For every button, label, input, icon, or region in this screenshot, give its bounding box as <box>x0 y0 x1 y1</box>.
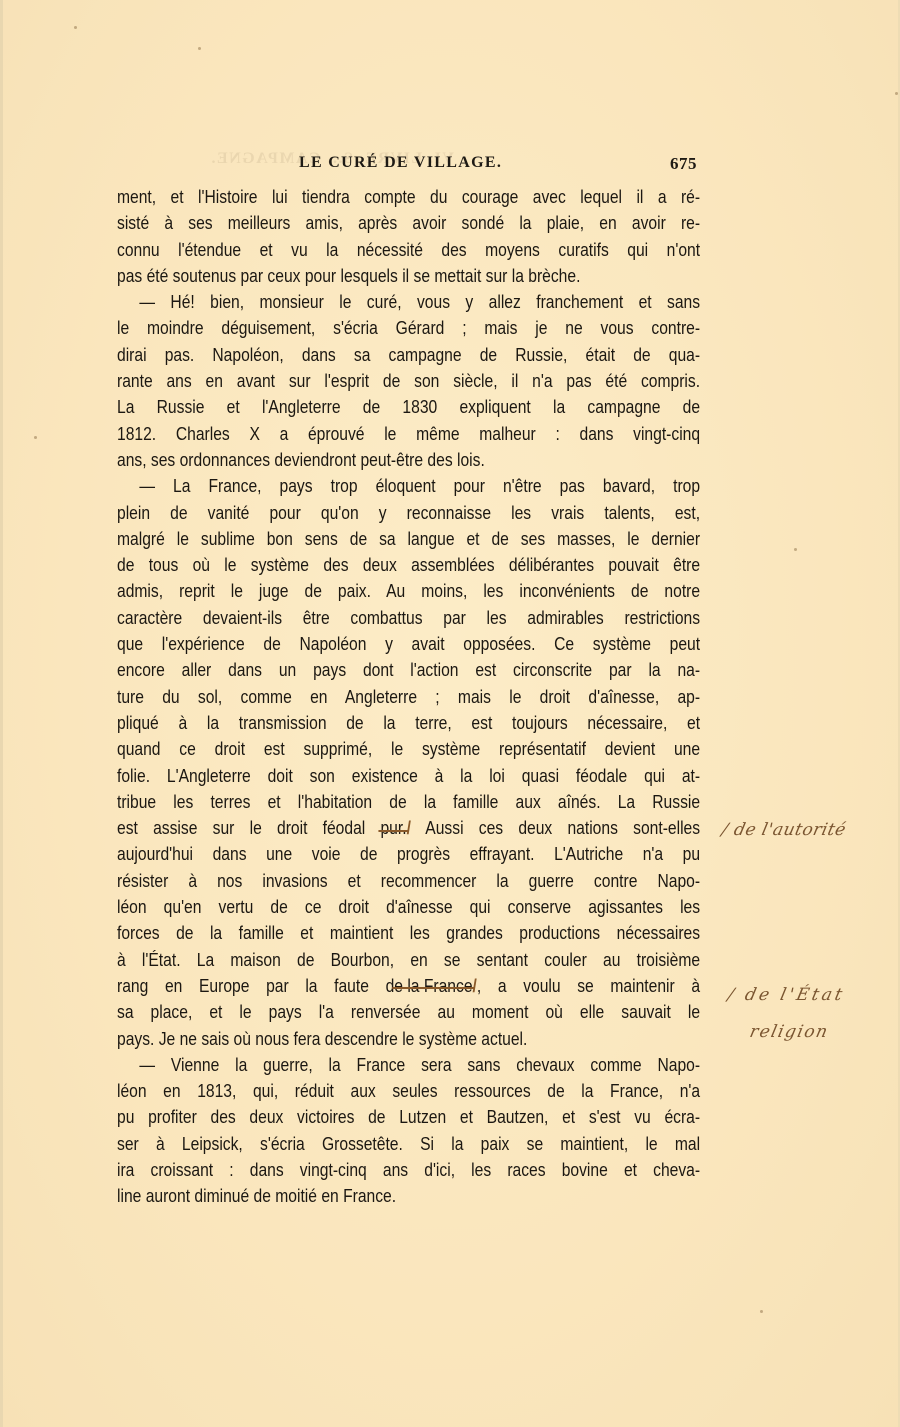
paper-speck <box>34 436 37 439</box>
page-edge-left <box>0 0 3 1427</box>
running-head: LE CURÉ DE VILLAGE. 675 <box>117 154 700 176</box>
paper-speck <box>74 26 77 29</box>
text-line: forces de la famille et maintient les gr… <box>117 920 700 946</box>
text-line: aujourd'hui dans une voie de progrès eff… <box>117 841 700 867</box>
text-line: ans, ses ordonnances deviendront peut-êt… <box>117 447 700 473</box>
body-text: ment, et l'Histoire lui tiendra compte d… <box>117 184 700 1210</box>
struck-text: pur. <box>380 815 406 841</box>
text-line: pays. Je ne sais où nous fera descendre … <box>117 1026 700 1052</box>
text-line: — Vienne la guerre, la France sera sans … <box>117 1052 700 1078</box>
text-line: léon qu'en vertu de ce droit d'aînesse q… <box>117 894 700 920</box>
text-line: dirai pas. Napoléon, dans sa campagne de… <box>117 342 700 368</box>
margin-annotation: / de l'autorité <box>720 820 848 840</box>
text-line: connu l'étendue et vu la nécessité des m… <box>117 237 700 263</box>
paper-speck <box>198 47 201 50</box>
text-line: rante ans en avant sur l'esprit de son s… <box>117 368 700 394</box>
text-line: de tous où le système des deux assemblée… <box>117 552 700 578</box>
text-span: rang en Europe par la faute d <box>117 976 394 996</box>
text-line: sisté à ses meilleurs amis, après avoir … <box>117 210 700 236</box>
text-line: ment, et l'Histoire lui tiendra compte d… <box>117 184 700 210</box>
text-line: tribue les terres et l'habitation de la … <box>117 789 700 815</box>
text-line: pas été soutenus par ceux pour lesquels … <box>117 263 700 289</box>
text-line-with-correction: rang en Europe par la faute de la France… <box>117 973 700 999</box>
text-line: malgré le sublime bon sens de sa langue … <box>117 526 700 552</box>
text-line: caractère devaient-ils être combattus pa… <box>117 605 700 631</box>
text-line: le moindre déguisement, s'écria Gérard ;… <box>117 315 700 341</box>
margin-annotation: / de l'État <box>726 985 847 1005</box>
text-line: folie. L'Angleterre doit son existence à… <box>117 763 700 789</box>
text-line: — Hé! bien, monsieur le curé, vous y all… <box>117 289 700 315</box>
text-line: plein de vanité pour qu'on y reconnaisse… <box>117 500 700 526</box>
text-line: résister à nos invasions et recommencer … <box>117 868 700 894</box>
page-number: 675 <box>670 154 697 174</box>
text-line: pliqué à la transmission de la terre, es… <box>117 710 700 736</box>
text-line: à l'État. La maison de Bourbon, en se se… <box>117 947 700 973</box>
paper-speck <box>760 1310 763 1313</box>
paper-speck <box>895 92 898 95</box>
text-line: ira croissant : dans vingt-cinq ans d'ic… <box>117 1157 700 1183</box>
text-line-with-correction: est assise sur le droit féodal pur./ Aus… <box>117 815 700 841</box>
text-line: encore aller dans un pays dont l'action … <box>117 657 700 683</box>
text-line: line auront diminué de moitié en France. <box>117 1183 700 1209</box>
struck-text: e la France <box>394 973 472 999</box>
text-line: ture du sol, comme en Angleterre ; mais … <box>117 684 700 710</box>
text-span: Aussi ces deux nations sont-elles <box>411 818 700 838</box>
text-span: , a voulu se maintenir à <box>477 976 700 996</box>
margin-annotation: religion <box>748 1022 831 1042</box>
text-line: 1812. Charles X a éprouvé le même malheu… <box>117 421 700 447</box>
text-line: sa place, et le pays l'a renversée au mo… <box>117 999 700 1025</box>
text-line: La Russie et l'Angleterre de 1830 expliq… <box>117 394 700 420</box>
text-line: ser à Leipsick, s'écria Grossetête. Si l… <box>117 1131 700 1157</box>
text-line: quand ce droit est supprimé, le système … <box>117 736 700 762</box>
text-line: pu profiter des deux victoires de Lutzen… <box>117 1104 700 1130</box>
running-title: LE CURÉ DE VILLAGE. <box>299 154 502 172</box>
text-span: est assise sur le droit féodal <box>117 818 380 838</box>
text-line: léon en 1813, qui, réduit aux seules res… <box>117 1078 700 1104</box>
text-line: que l'expérience de Napoléon y avait opp… <box>117 631 700 657</box>
paper-speck <box>794 548 797 551</box>
text-line: admis, reprit le juge de paix. Au moins,… <box>117 578 700 604</box>
text-line: — La France, pays trop éloquent pour n'ê… <box>117 473 700 499</box>
scanned-page: VI. LIVRE, S... CAMPAGNE. LE CURÉ DE VIL… <box>0 0 900 1427</box>
